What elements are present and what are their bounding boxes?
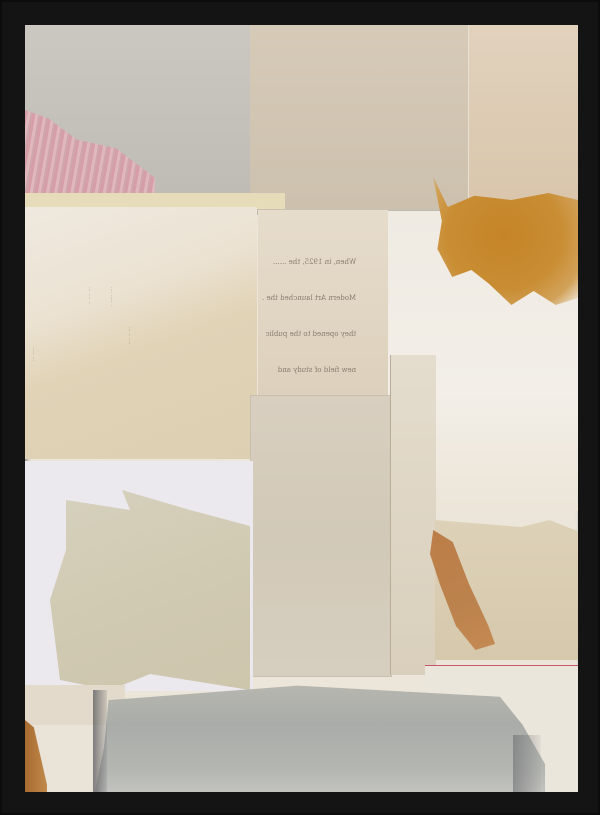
print-line: Modern Art launched the . bbox=[262, 292, 356, 304]
left-paper-text: ····· ··· bbox=[29, 347, 37, 447]
vertical-strip bbox=[390, 355, 436, 675]
beige-wash-blot bbox=[50, 490, 250, 690]
print-line: they opened to the public bbox=[262, 328, 356, 340]
warm-patch-top bbox=[250, 25, 470, 210]
dark-brush-edge-right bbox=[513, 735, 541, 792]
collage-canvas: ··· ···· ·· ···· ····· · ··· ·· ···· ···… bbox=[25, 25, 578, 792]
left-cream-paper: ··· ···· ·· ···· ····· · ··· ·· ···· ···… bbox=[25, 207, 257, 459]
dark-brush-edge bbox=[93, 690, 107, 792]
center-tall-panel bbox=[250, 395, 392, 677]
print-line: When, in 1925, the ...... bbox=[262, 256, 356, 268]
picture-frame: ··· ···· ·· ···· ····· · ··· ·· ···· ···… bbox=[0, 0, 600, 815]
center-printed-paper: When, in 1925, the ...... Modern Art lau… bbox=[258, 210, 389, 395]
left-paper-text: ··· ···· ·· bbox=[85, 287, 93, 447]
left-paper-text: ···· ····· · bbox=[107, 287, 115, 447]
print-line: new field of study and bbox=[262, 364, 356, 376]
beige-paper-top-right bbox=[468, 25, 578, 215]
left-paper-text: ··· ·· ···· bbox=[125, 327, 133, 447]
slate-grey-wash bbox=[95, 680, 545, 792]
